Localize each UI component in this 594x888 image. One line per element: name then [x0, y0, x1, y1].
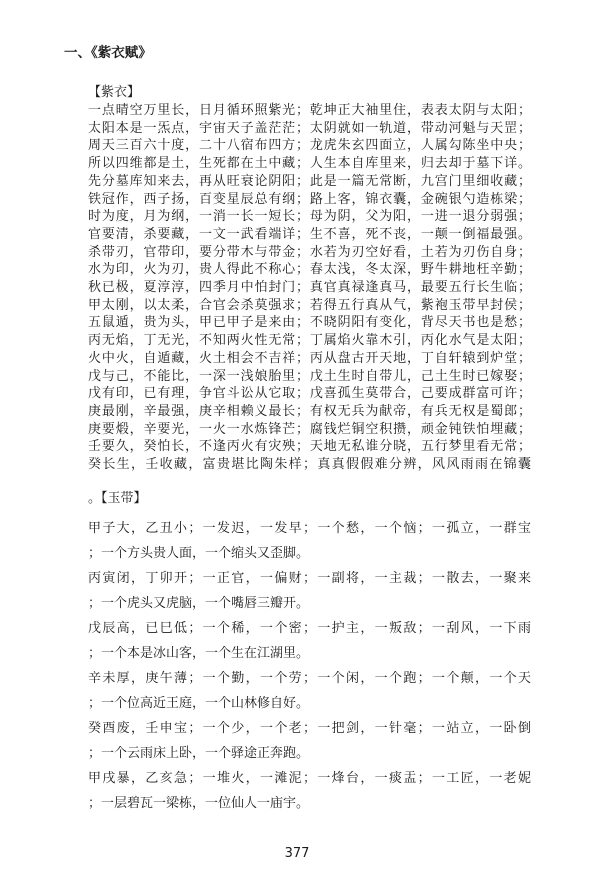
verse-line: 太阳本是一炁点，宇宙天子盖茫茫；太阴就如一轨道，带动河魁与天罡； — [88, 120, 531, 138]
verse-line: 铁冠作，西子扬，百变星辰总有纲；路上客，锦衣囊，金碗银勺造栋梁； — [88, 191, 531, 209]
couplet-line: 甲子大，乙丑小；一发迟，一发早；一个愁，一个恼；一孤立，一群宝 — [88, 516, 531, 541]
verse-line: 庚要煅，辛要光，一火一水炼锋芒；腐钱烂铜空积攒，顽金钝铁怕埋藏； — [88, 421, 531, 439]
couplet-line: 甲戌暴，乙亥急；一堆火，一滩泥；一烽台，一痰盂；一工匠，一老妮 — [88, 766, 531, 791]
verse-line: 周天三百六十度，二十八宿布四方；龙虎朱玄四面立，人属勾陈坐中央； — [88, 137, 531, 155]
document-page: 一、《紫衣赋》 【紫衣】 一点晴空万里长，日月循环照紫光；乾坤正大袖里住，表表太… — [0, 0, 594, 888]
couplet-line: ；一个方头贵人面，一个缩头又歪脚。 — [88, 541, 531, 566]
verse-line: 水为印，火为刃，贵人得此不称心；春太浅，冬太深，野牛耕地枉辛勤； — [88, 261, 531, 279]
couplet-line: 辛未厚，庚午薄；一个勤，一个劳；一个闲，一个跑；一个颠，一个天 — [88, 666, 531, 691]
page-number: 377 — [0, 846, 594, 862]
couplet-line: ；一个位高近王庭，一个山林修自好。 — [88, 691, 531, 716]
verse-line: 官要清，杀要藏，一文一武看端详；生不喜，死不丧，一颠一倒福最强。 — [88, 226, 531, 244]
couplet-line: 戊辰高，已巳低；一个稀，一个密；一护主，一叛敌；一刮风，一下雨 — [88, 616, 531, 641]
verse-line: 庚最刚，辛最强，庚辛相赖义最长；有权无兵为献帝，有兵无权是蜀郎； — [88, 403, 531, 421]
verse-line: 戊有印，已有理，争官斗讼从它取；戊喜孤生莫带合，己要成群富可许； — [88, 385, 531, 403]
couplet-line: ；一个虎头又虎脑，一个嘴唇三瓣开。 — [88, 591, 531, 616]
verse-line: 先分墓库知来去，再从旺衰论阴阳；此是一篇无常断，九宫门里细收藏； — [88, 173, 531, 191]
document-body: 【紫衣】 一点晴空万里长，日月循环照紫光；乾坤正大袖里住，表表太阴与太阳； 太阳… — [88, 84, 531, 816]
verse-line: 火中火，自遁藏，火土相会不吉祥；丙从盘古开天地，丁自轩辕到炉堂； — [88, 350, 531, 368]
couplet-line: 癸酉废，壬申宝；一个少，一个老；一把剑，一针毫；一站立，一卧倒 — [88, 716, 531, 741]
verse-line: 戊与己，不能比，一深一浅娘胎里；戊土生时自带儿，己土生时已嫁娶； — [88, 368, 531, 386]
section-ziyi: 一点晴空万里长，日月循环照紫光；乾坤正大袖里住，表表太阴与太阳； 太阳本是一炁点… — [88, 102, 531, 474]
verse-line: 所以四维都是土，生死都在土中藏；人生本自库里来，归去却于墓下详。 — [88, 155, 531, 173]
verse-line: 癸长生，壬收藏，富贵堪比陶朱样；真真假假难分辨，风风雨雨在锦囊 — [88, 456, 531, 474]
verse-line: 时为度，月为纲，一消一长一短长；母为阴，父为阳，一进一退分弱强； — [88, 208, 531, 226]
verse-line: 壬要久，癸怕长，不逢丙火有灾殃；天地无私谁分晓，五行梦里看无常； — [88, 438, 531, 456]
couplet-line: 丙寅闭，丁卯开；一正官，一偏财；一副将，一主裁；一散去，一聚来 — [88, 566, 531, 591]
section-header-ziyi: 【紫衣】 — [88, 84, 531, 101]
verse-line: 丙无焰，丁无光，不知两火性无常；丁属焰火靠木引，丙化水气是太阳； — [88, 332, 531, 350]
couplet-line: ；一层碧瓦一梁栋，一位仙人一庙宇。 — [88, 791, 531, 816]
section-yudai: 甲子大，乙丑小；一发迟，一发早；一个愁，一个恼；一孤立，一群宝 ；一个方头贵人面… — [88, 516, 531, 816]
verse-line: 秋已极，夏淳淳，四季月中怕封门；真官真禄逢真马，最要五行长生临； — [88, 279, 531, 297]
couplet-line: ；一个本是冰山客，一个生在江湖里。 — [88, 641, 531, 666]
section-header-yudai: 。【玉带】 — [88, 487, 531, 511]
verse-line: 一点晴空万里长，日月循环照紫光；乾坤正大袖里住，表表太阴与太阳； — [88, 102, 531, 120]
document-title: 一、《紫衣赋》 — [64, 0, 594, 62]
verse-line: 五鼠遁，贵为头，甲已甲子是来由；不晓阴阳有变化，背尽天书也是愁； — [88, 314, 531, 332]
verse-line: 甲太刚，以太柔，合官会杀莫强求；若得五行真从气，紫袍玉带早封侯； — [88, 297, 531, 315]
couplet-line: ；一个云雨床上卧，一个驿途正奔跑。 — [88, 741, 531, 766]
verse-line: 杀带刃，官带印，要分带木与带金；水若为刃空好看，土若为刃伤自身； — [88, 244, 531, 262]
